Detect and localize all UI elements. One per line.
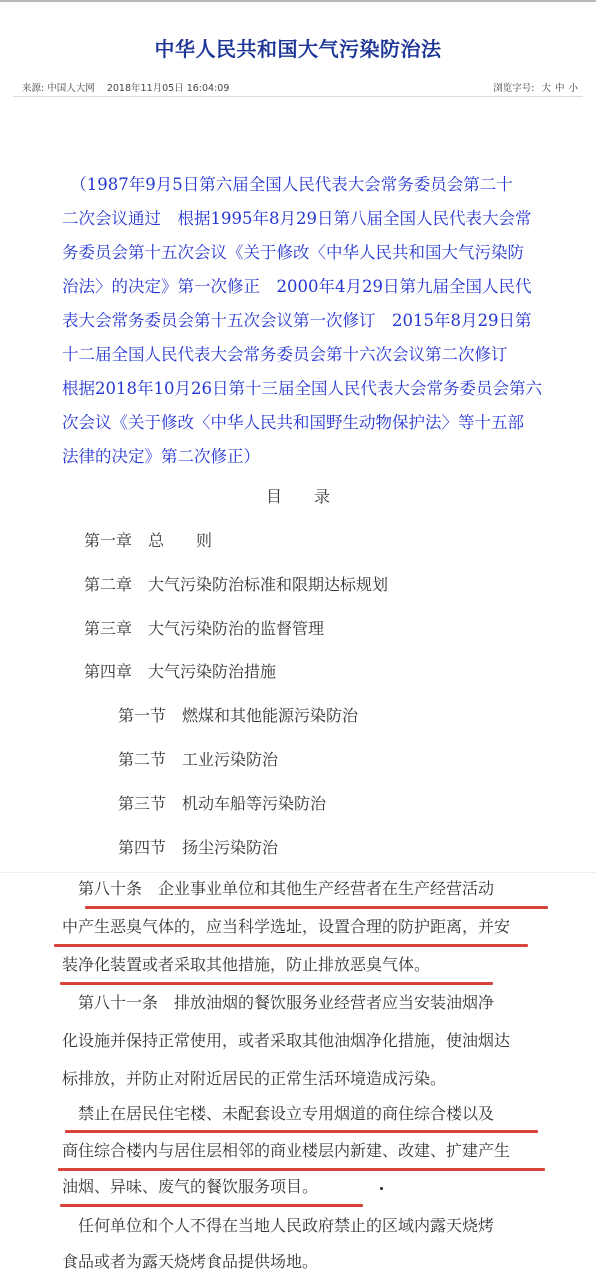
toc-section-1[interactable]: 第一节 燃煤和其他能源污染防治 — [84, 702, 388, 746]
article-meta: 来源: 中国人大网 2018年11月05日 16:04:09 浏览字号: 大中小 — [22, 80, 578, 94]
article-line: 装净化装置或者采取其他措施，防止排放恶臭气体。 — [62, 953, 552, 991]
toc-section-2[interactable]: 第二节 工业污染防治 — [84, 746, 388, 790]
article-line: 禁止在居民住宅楼、未配套设立专用烟道的商住综合楼以及 — [62, 1102, 552, 1139]
preamble-line: 十二届全国人民代表大会常务委员会第十六次会议第二次修订 — [62, 338, 542, 372]
article-81-paragraph-2: 禁止在居民住宅楼、未配套设立专用烟道的商住综合楼以及 商住综合楼内与居住层相邻的… — [62, 1102, 552, 1213]
red-underline-annotation — [60, 982, 493, 985]
toc-heading: 目 录 — [0, 484, 596, 507]
preamble-line: 务委员会第十五次会议《关于修改〈中华人民共和国大气污染防 — [62, 236, 542, 270]
article-81-paragraph-3: 任何单位和个人不得在当地人民政府禁止的区域内露天烧烤 食品或者为露天烧烤食品提供… — [62, 1214, 552, 1280]
toc-chapter-4[interactable]: 第四章 大气污染防治措施 — [84, 658, 388, 702]
source-label: 来源: — [22, 83, 44, 94]
article-line: 化设施并保持正常使用，或者采取其他油烟净化措施，使油烟达 — [62, 1029, 552, 1067]
article-line: 油烟、异味、废气的餐饮服务项目。 — [62, 1175, 552, 1213]
toc-chapter-1[interactable]: 第一章 总 则 — [84, 527, 388, 571]
top-border — [0, 0, 596, 2]
font-size-small-button[interactable]: 小 — [568, 83, 578, 94]
source-info: 来源: 中国人大网 2018年11月05日 16:04:09 — [22, 80, 229, 94]
article-81: 第八十一条 排放油烟的餐饮服务业经营者应当安装油烟净 化设施并保持正常使用，或者… — [62, 991, 552, 1105]
red-underline-annotation — [60, 1204, 363, 1207]
preamble-line: 根据2018年10月26日第十三届全国人民代表大会常务委员会第六 — [62, 372, 542, 406]
red-underline-annotation — [54, 944, 528, 947]
preamble-line: （1987年9月5日第六届全国人民代表大会常务委员会第二十 — [62, 168, 542, 202]
publish-datetime: 2018年11月05日 16:04:09 — [107, 83, 230, 94]
red-underline-annotation — [65, 1130, 538, 1133]
red-underline-annotation — [58, 1168, 545, 1171]
toc-section-3[interactable]: 第三节 机动车船等污染防治 — [84, 790, 388, 834]
preamble-line: 二次会议通过 根据1995年8月29日第八届全国人民代表大会常 — [62, 202, 542, 236]
toc-section-4[interactable]: 第四节 扬尘污染防治 — [84, 834, 388, 878]
table-of-contents: 第一章 总 则 第二章 大气污染防治标准和限期达标规划 第三章 大气污染防治的监… — [84, 527, 388, 877]
red-underline-annotation — [85, 906, 548, 909]
font-size-label: 浏览字号: — [493, 83, 534, 94]
article-line: 标排放，并防止对附近居民的正常生活环境造成污染。 — [62, 1067, 552, 1105]
preamble-line: 法律的决定》第二次修正） — [62, 440, 542, 474]
article-line: 任何单位和个人不得在当地人民政府禁止的区域内露天烧烤 — [62, 1214, 552, 1250]
preamble-line: 治法〉的决定》第一次修正 2000年4月29日第九届全国人民代 — [62, 270, 542, 304]
section-divider — [0, 872, 596, 873]
article-line: 食品或者为露天烧烤食品提供场地。 — [62, 1250, 552, 1280]
law-preamble: （1987年9月5日第六届全国人民代表大会常务委员会第二十 二次会议通过 根据1… — [62, 168, 542, 474]
article-line: 第八十条 企业事业单位和其他生产经营者在生产经营活动 — [62, 877, 552, 915]
article-line: 第八十一条 排放油烟的餐饮服务业经营者应当安装油烟净 — [62, 991, 552, 1029]
preamble-line: 表大会常务委员会第十五次会议第一次修订 2015年8月29日第 — [62, 304, 542, 338]
toc-chapter-3[interactable]: 第三章 大气污染防治的监督管理 — [84, 615, 388, 659]
preamble-line: 次会议《关于修改〈中华人民共和国野生动物保护法〉等十五部 — [62, 406, 542, 440]
toc-chapter-2[interactable]: 第二章 大气污染防治标准和限期达标规划 — [84, 571, 388, 615]
stray-dot-mark — [380, 1187, 383, 1190]
meta-divider — [13, 96, 583, 97]
page-title: 中华人民共和国大气污染防治法 — [0, 33, 596, 62]
article-80: 第八十条 企业事业单位和其他生产经营者在生产经营活动 中产生恶臭气体的，应当科学… — [62, 877, 552, 991]
article-line: 中产生恶臭气体的，应当科学选址，设置合理的防护距离，并安 — [62, 915, 552, 953]
source-name: 中国人大网 — [47, 83, 95, 94]
font-size-large-button[interactable]: 大 — [541, 83, 551, 94]
font-size-medium-button[interactable]: 中 — [555, 83, 565, 94]
font-size-switcher: 浏览字号: 大中小 — [493, 80, 578, 94]
